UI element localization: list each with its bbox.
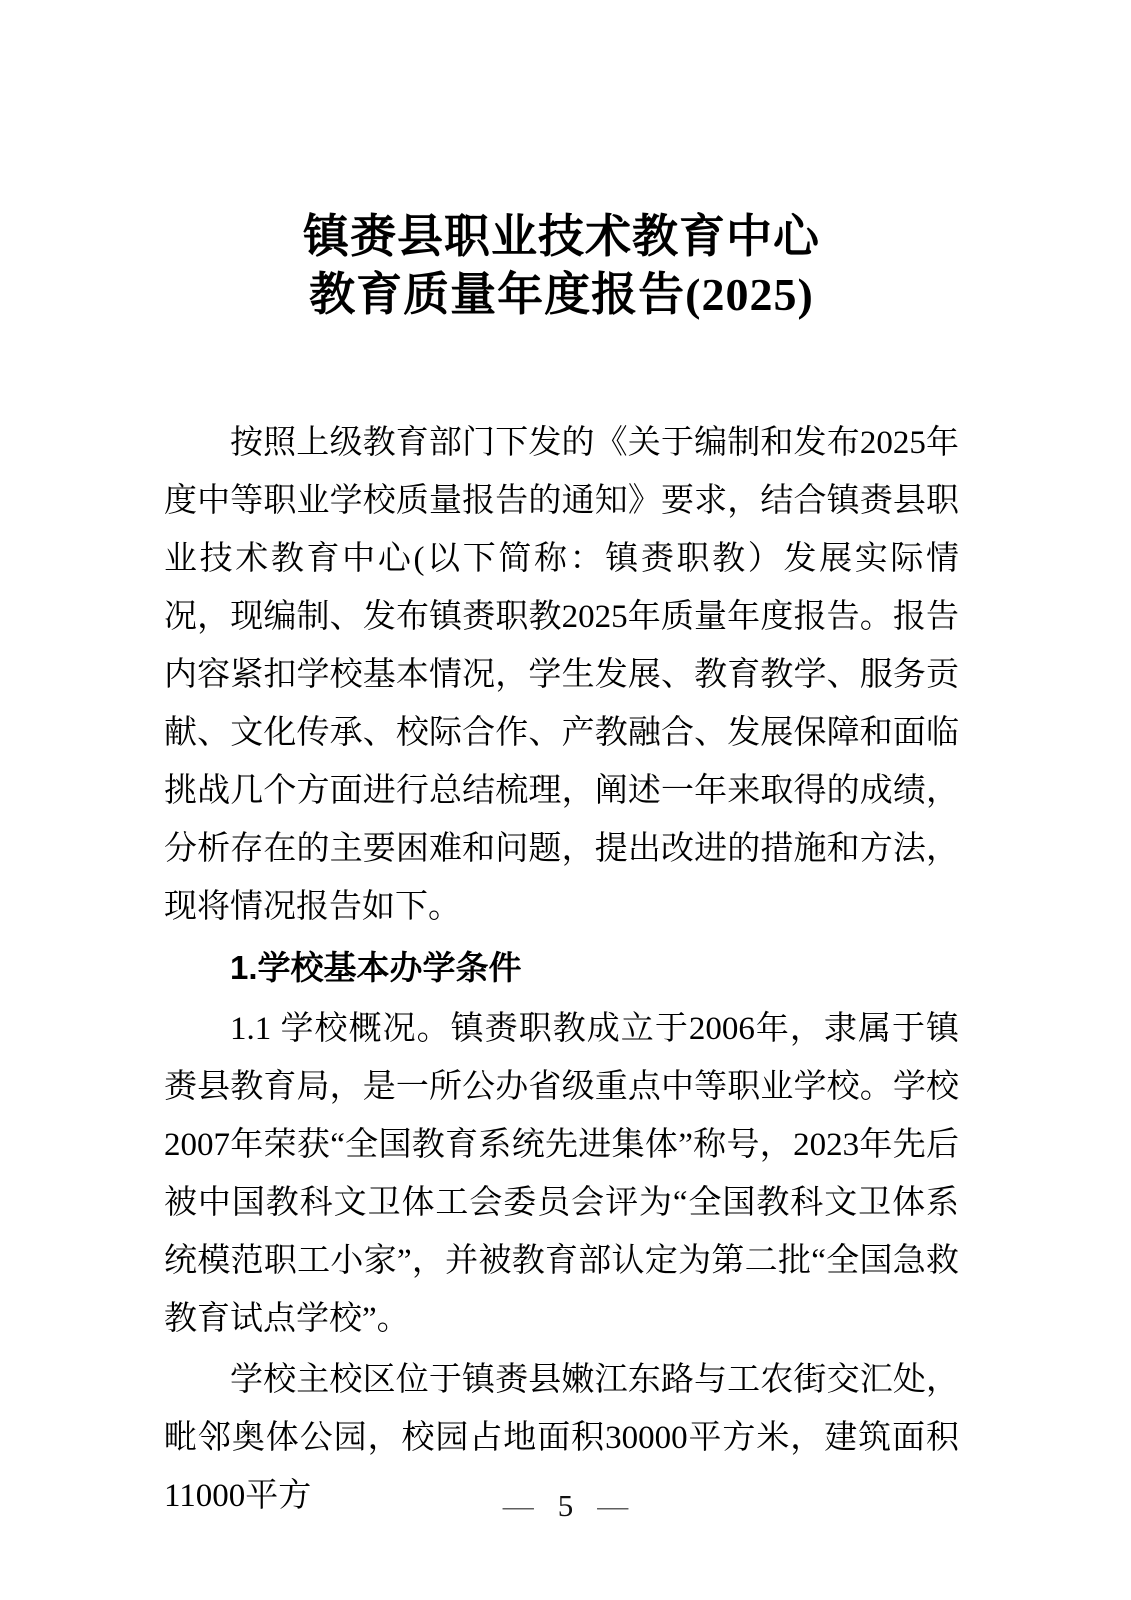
- document-page: 镇赉县职业技术教育中心 教育质量年度报告(2025) 按照上级教育部门下发的《关…: [0, 0, 1131, 1600]
- footer-dash-right: —: [597, 1488, 628, 1523]
- document-body: 按照上级教育部门下发的《关于编制和发布2025年度中等职业学校质量报告的通知》要…: [164, 414, 959, 1525]
- section-1-heading: 1.学校基本办学条件: [164, 939, 959, 997]
- footer-dash-left: —: [503, 1488, 534, 1523]
- document-title-line1: 镇赉县职业技术教育中心: [164, 208, 959, 266]
- school-overview-paragraph: 1.1 学校概况。镇赉职教成立于2006年，隶属于镇赉县教育局，是一所公办省级重…: [164, 1000, 959, 1348]
- page-footer: —5—: [0, 1486, 1131, 1526]
- text-column: 镇赉县职业技术教育中心 教育质量年度报告(2025) 按照上级教育部门下发的《关…: [164, 0, 959, 1528]
- document-title: 镇赉县职业技术教育中心 教育质量年度报告(2025): [164, 208, 959, 324]
- document-title-line2: 教育质量年度报告(2025): [164, 266, 959, 324]
- intro-paragraph: 按照上级教育部门下发的《关于编制和发布2025年度中等职业学校质量报告的通知》要…: [164, 414, 959, 936]
- page-number: 5: [558, 1486, 574, 1526]
